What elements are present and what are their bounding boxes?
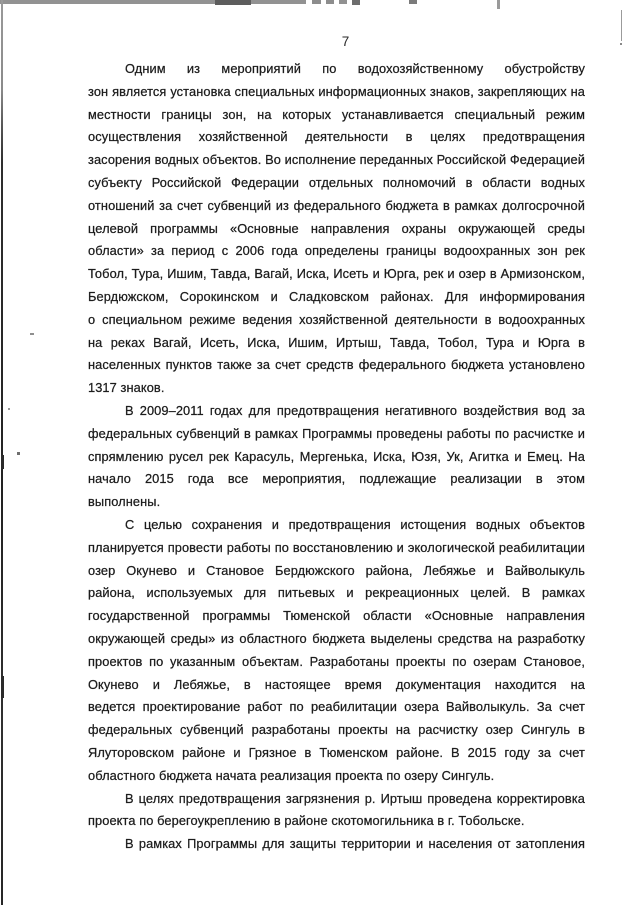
scan-artifact-speck <box>17 452 20 455</box>
paragraph: В рамках Программы для защиты территории… <box>88 833 585 856</box>
scan-artifact-top-bar <box>0 0 306 4</box>
text-line: планируется провести работы по восстанов… <box>88 537 585 560</box>
text-line: зон является установка специальных инфор… <box>88 81 585 104</box>
text-line: района, используемых для питьевых и рекр… <box>88 582 585 605</box>
scan-artifact-mark <box>409 0 417 4</box>
text-line: Тобол, Тура, Ишим, Тавда, Вагай, Иска, И… <box>88 263 585 286</box>
text-line: засорения водных объектов. Во исполнение… <box>88 149 585 172</box>
text-line: Одним из мероприятий по водохозяйственно… <box>88 58 585 81</box>
text-line: федеральных субвенций в рамках Программы… <box>88 423 585 446</box>
text-line: Бердюжском, Сорокинском и Сладковском ра… <box>88 286 585 309</box>
text-line: В 2009–2011 годах для предотвращения нег… <box>88 400 585 423</box>
scan-artifact-top-bar-dark <box>215 0 251 5</box>
scan-artifact-left-blob <box>1 676 4 698</box>
text-line: В целях предотвращения загрязнения р. Ир… <box>88 788 585 811</box>
text-line: целевой программы «Основные направления … <box>88 218 585 241</box>
text-line: Окунево и Лебяжье, в настоящее время док… <box>88 674 585 697</box>
scan-artifact-speck <box>30 333 34 335</box>
text-line: области» за период с 2006 года определен… <box>88 240 585 263</box>
text-line: на реках Вагай, Исеть, Иска, Ишим, Иртыш… <box>88 332 585 355</box>
paragraph: В 2009–2011 годах для предотвращения нег… <box>88 400 585 514</box>
text-line: о специальном режиме ведения хозяйственн… <box>88 309 585 332</box>
text-line: начало 2015 года все мероприятия, подлеж… <box>88 468 585 491</box>
text-line: В рамках Программы для защиты территории… <box>88 833 585 856</box>
text-line: проекта по берегоукреплению в районе ско… <box>88 810 585 833</box>
text-line: населенных пунктов также за счет средств… <box>88 354 585 377</box>
text-line: озер Окунево и Становое Бердюжского райо… <box>88 560 585 583</box>
text-line: ведется проектирование работ по реабилит… <box>88 696 585 719</box>
text-line: выполнены. <box>88 491 585 514</box>
scan-artifact-tick <box>497 0 500 9</box>
scan-artifact-right-dot <box>620 43 622 45</box>
document-page: 7 Одним из мероприятий по водохозяйствен… <box>0 0 640 905</box>
text-line: федеральных субвенций разработаны проект… <box>88 719 585 742</box>
text-line: областного бюджета начата реализация про… <box>88 765 585 788</box>
paragraph: Одним из мероприятий по водохозяйственно… <box>88 58 585 400</box>
text-line: осуществления хозяйственной деятельности… <box>88 126 585 149</box>
document-body: Одним из мероприятий по водохозяйственно… <box>88 58 585 856</box>
text-line: 1317 знаков. <box>88 377 585 400</box>
scan-artifact-mark <box>352 0 360 5</box>
text-line: отношений за счет субвенций из федеральн… <box>88 195 585 218</box>
scan-artifact-dash <box>312 0 321 4</box>
scan-artifact-dash <box>339 0 347 4</box>
scan-artifact-speck <box>8 408 10 410</box>
scan-artifact-left-blob <box>1 455 4 469</box>
text-line: окружающей среды» из областного бюджета … <box>88 628 585 651</box>
text-line: Ялуторовском районе и Грязное в Тюменско… <box>88 742 585 765</box>
paragraph: С целью сохранения и предотвращения исто… <box>88 514 585 788</box>
text-line: государственной программы Тюменской обла… <box>88 605 585 628</box>
scan-artifact-right-tick <box>621 10 622 41</box>
text-line: спрямлению русел рек Карасуль, Мергенька… <box>88 446 585 469</box>
scan-artifact-dash <box>326 0 334 4</box>
scan-artifact-left-edge <box>1 0 3 905</box>
text-line: проектов по указанным объектам. Разработ… <box>88 651 585 674</box>
page-number: 7 <box>88 34 585 49</box>
text-line: субъекту Российской Федерации отдельных … <box>88 172 585 195</box>
paragraph: В целях предотвращения загрязнения р. Ир… <box>88 788 585 834</box>
text-line: местности границы зон, на которых устана… <box>88 104 585 127</box>
text-line: С целью сохранения и предотвращения исто… <box>88 514 585 537</box>
